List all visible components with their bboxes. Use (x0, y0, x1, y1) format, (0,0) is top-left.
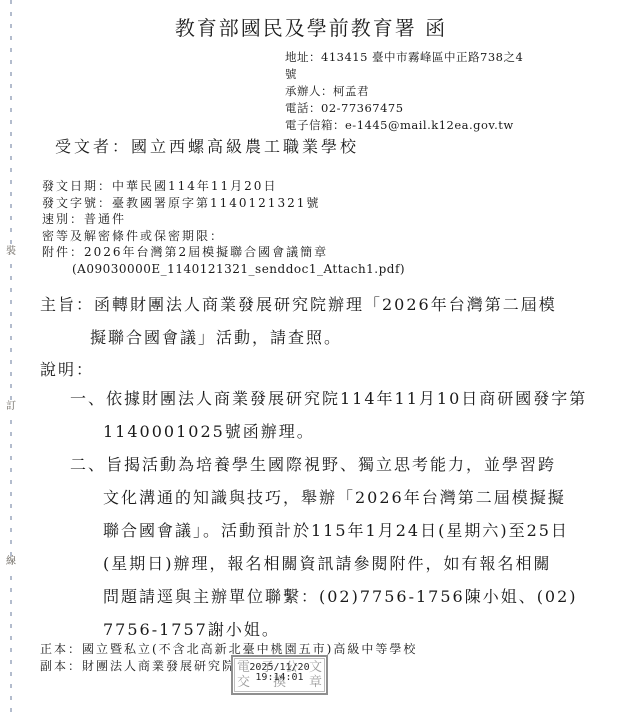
meta-doc-number: 發文字號：臺教國署原字第1140121321號 (42, 195, 405, 212)
subject-line: 主旨：函轉財團法人商業發展研究院辦理「2026年台灣第二屆模 (40, 288, 600, 321)
footer-block: 正本：國立暨私立(不含北高新北臺中桃園五市)高級中等學校 副本：財團法人商業發展… (40, 641, 417, 674)
item2-line: 聯合國會議」。活動預計於115年1月24日(星期六)至25日 (70, 514, 590, 547)
binding-mark-xian: 線 (3, 556, 19, 568)
agency-info-block: 地址：413415 臺中市霧峰區中正路738之4 號 承辦人：柯孟君 電話：02… (285, 49, 523, 134)
item2-line: 文化溝通的知識與技巧，舉辦「2026年台灣第二屆模擬擬 (70, 481, 590, 514)
item1-line: 1140001025號函辦理。 (70, 415, 590, 448)
binding-mark-ding: 訂 (3, 401, 19, 413)
subject-line: 擬聯合國會議」活動，請查照。 (40, 321, 600, 354)
recipient-line: 受文者：國立西螺高級農工職業學校 (55, 134, 359, 157)
footer-carbon-copy: 副本：財團法人商業發展研究院 (40, 658, 417, 675)
item1-line: 一、依據財團法人商業發展研究院114年11月10日商研國發字第 (70, 382, 590, 415)
meta-attachment-line2: (A09030000E_1140121321_senddoc1_Attach1.… (42, 261, 405, 278)
subject-block: 主旨：函轉財團法人商業發展研究院辦理「2026年台灣第二屆模 擬聯合國會議」活動… (40, 288, 600, 354)
agency-contact-person: 承辦人：柯孟君 (285, 83, 523, 100)
official-letter-page: 裝 訂 線 教育部國民及學前教育署 函 地址：413415 臺中市霧峰區中正路7… (0, 0, 622, 717)
footer-original-copy: 正本：國立暨私立(不含北高新北臺中桃園五市)高級中等學校 (40, 641, 417, 658)
meta-attachment-line1: 附件：2026年台灣第2屆模擬聯合國會議簡章 (42, 244, 405, 261)
meta-security: 密等及解密條件或保密期限： (42, 228, 405, 245)
agency-phone: 電話：02-77367475 (285, 100, 523, 117)
meta-speed: 速別：普通件 (42, 211, 405, 228)
meta-block: 發文日期：中華民國114年11月20日 發文字號：臺教國署原字第11401213… (42, 178, 405, 277)
agency-address-line1: 地址：413415 臺中市霧峰區中正路738之4 (285, 49, 523, 66)
item2-line: 問題請逕與主辦單位聯繫：(02)7756-1756陳小姐、(02) (70, 580, 590, 613)
binding-mark-zhuang: 裝 (3, 246, 19, 258)
agency-address-line2: 號 (285, 66, 523, 83)
stamp-time: 19:14:01 (233, 672, 326, 683)
binding-dashed-line (10, 0, 12, 717)
agency-email: 電子信箱：e-1445@mail.k12ea.gov.tw (285, 117, 523, 134)
meta-issue-date: 發文日期：中華民國114年11月20日 (42, 178, 405, 195)
item2-line: (星期日)辦理，報名相關資訊請參閱附件，如有報名相關 (70, 547, 590, 580)
description-item-1: 一、依據財團法人商業發展研究院114年11月10日商研國發字第 11400010… (70, 382, 590, 448)
document-title: 教育部國民及學前教育署 函 (0, 12, 622, 41)
item2-line: 二、旨揭活動為培養學生國際視野、獨立思考能力，並學習跨 (70, 448, 590, 481)
electronic-exchange-stamp: 電子公文 交換章 2025/11/20 19:14:01 (231, 655, 328, 695)
description-item-2: 二、旨揭活動為培養學生國際視野、獨立思考能力，並學習跨 文化溝通的知識與技巧，舉… (70, 448, 590, 646)
